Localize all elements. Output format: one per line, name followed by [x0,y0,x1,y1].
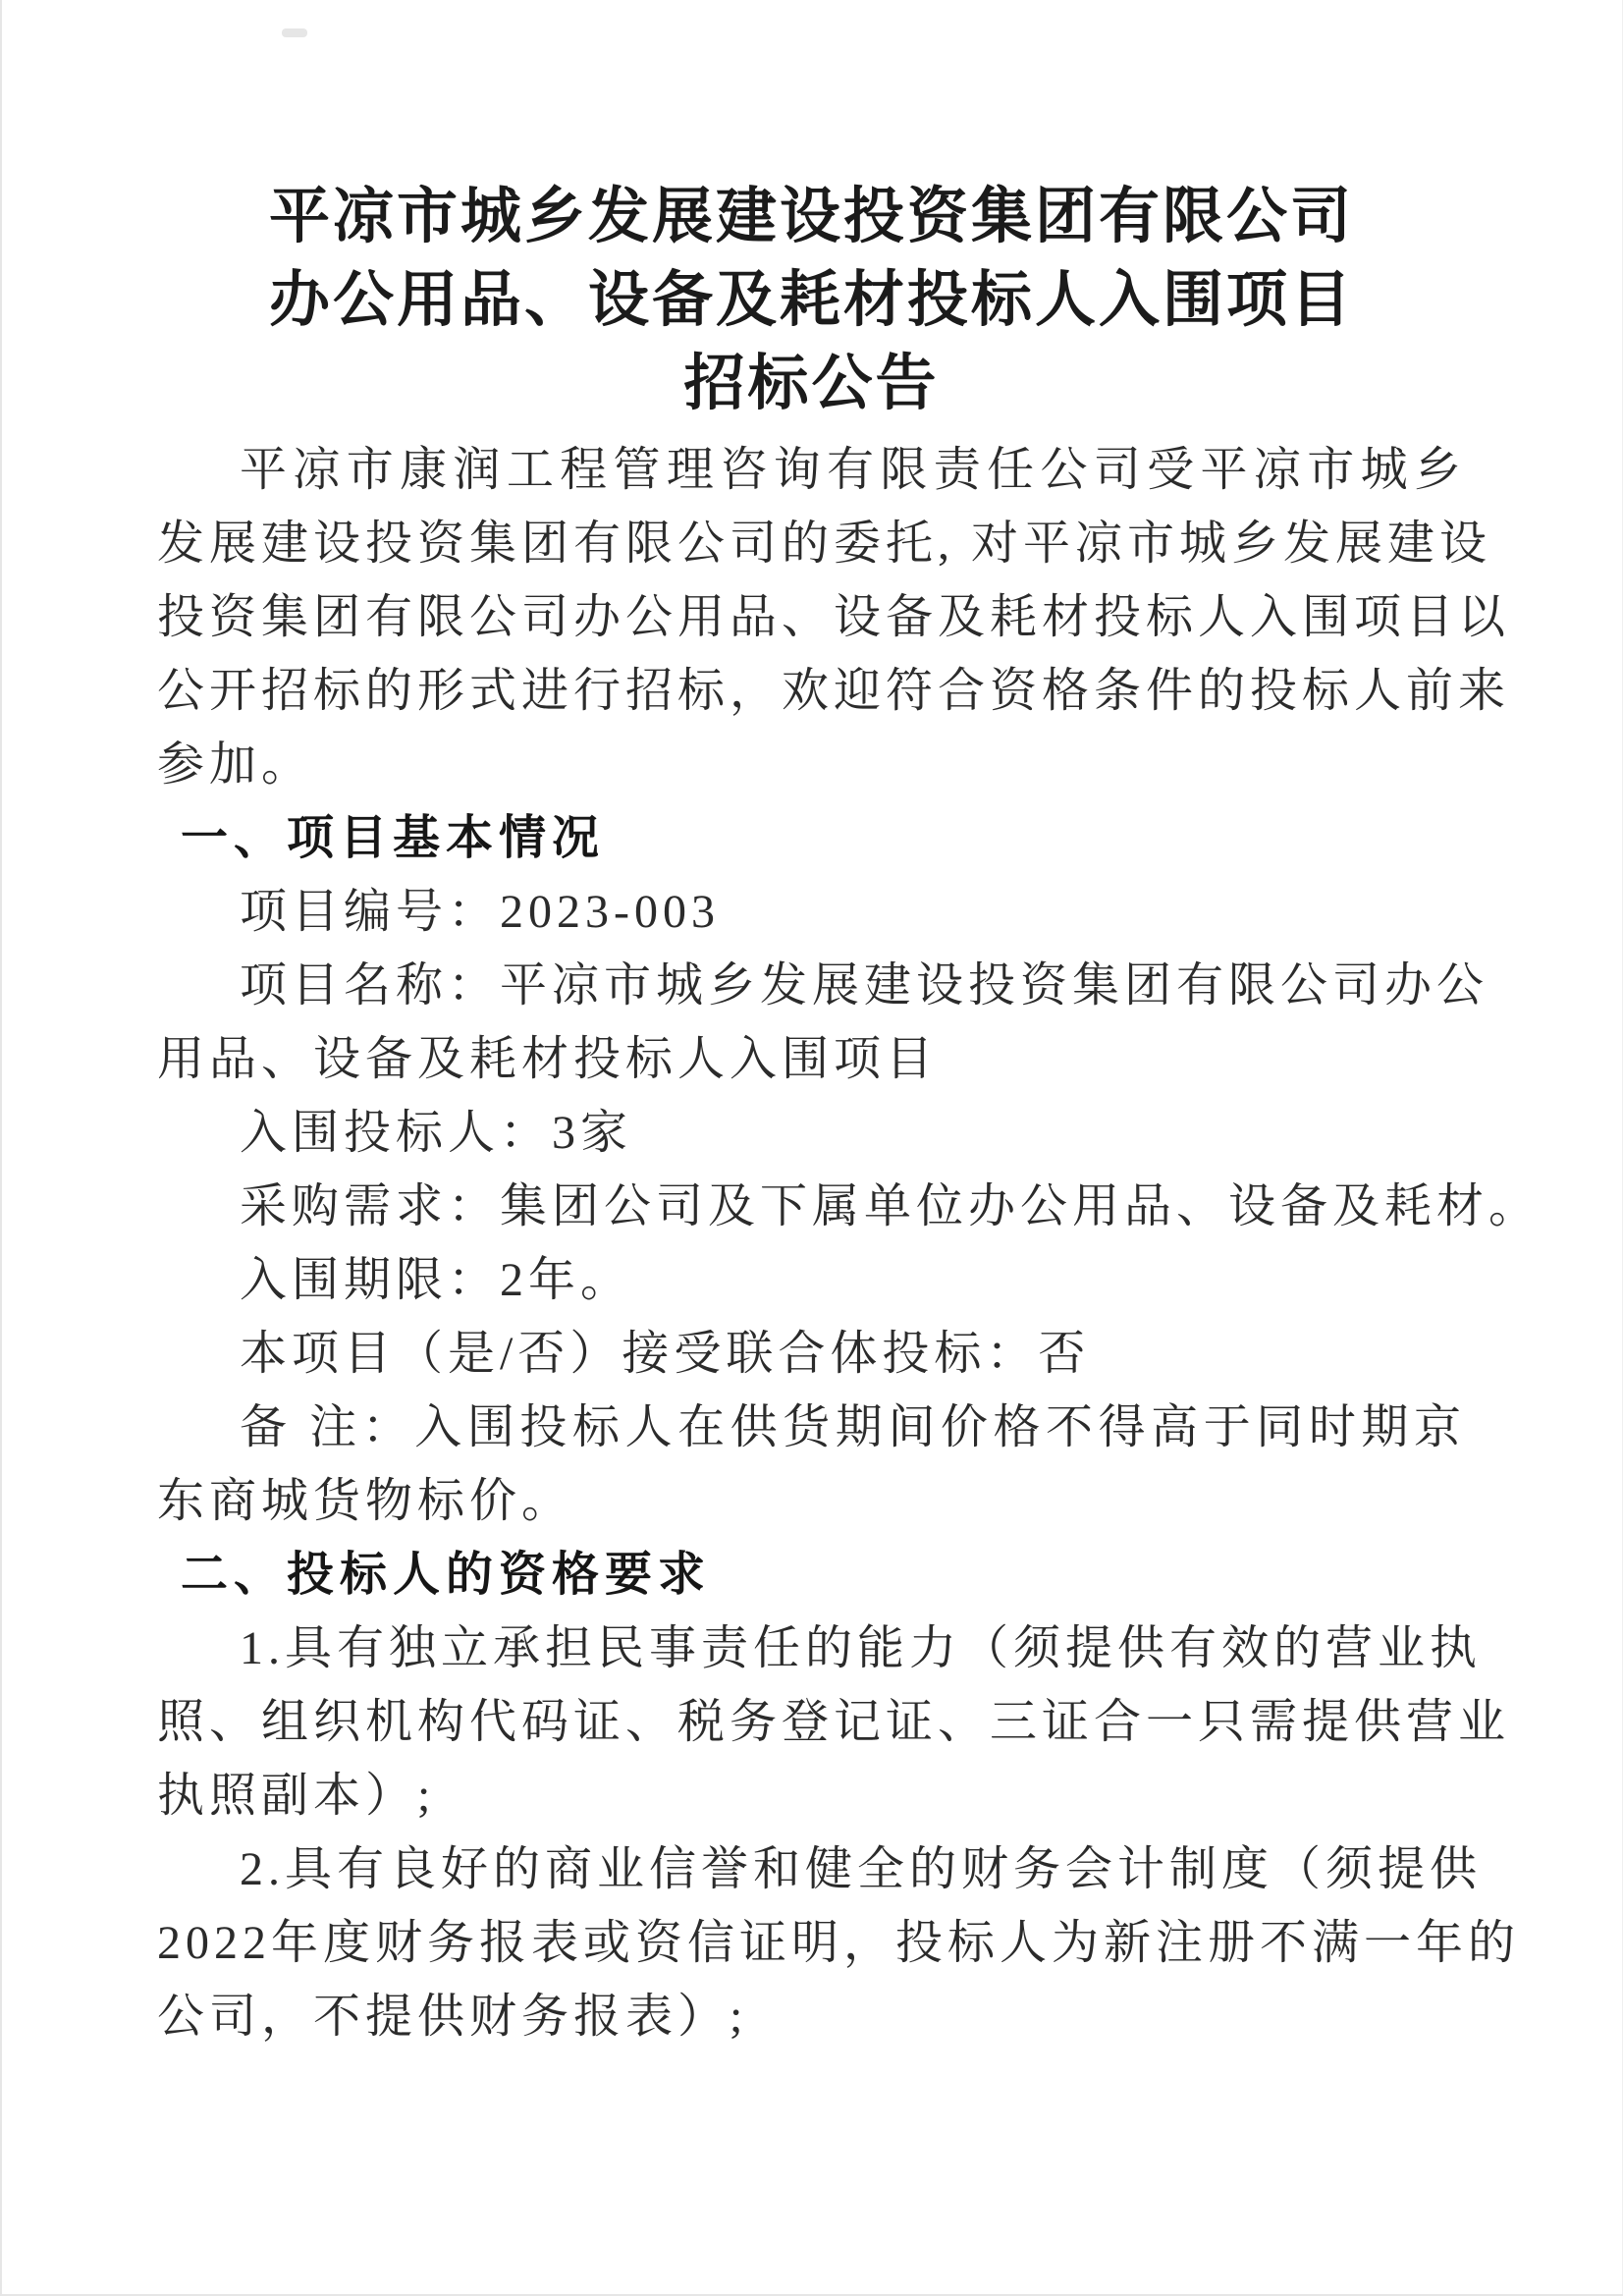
remark-line: 备 注：入围投标人在供货期间价格不得高于同时期京 [157,1391,1466,1464]
consortium-bid-line: 本项目（是/否）接受联合体投标：否 [157,1317,1466,1391]
shortlist-term-line: 入围期限：2年。 [157,1243,1466,1317]
scan-artifact [282,28,307,37]
document-body: 平凉市康润工程管理咨询有限责任公司受平凉市城乡 发展建设投资集团有限公司的委托,… [157,433,1466,2053]
document-page: 平凉市城乡发展建设投资集团有限公司 办公用品、设备及耗材投标人入围项目 招标公告… [0,0,1623,2296]
intro-line: 参加。 [157,728,1466,801]
qualification-line: 公司，不提供财务报表）; [157,1980,1466,2053]
section-heading-1: 一、项目基本情况 [157,801,1466,875]
shortlist-count-line: 入围投标人：3家 [157,1096,1466,1170]
qualification-line: 2022年度财务报表或资信证明，投标人为新注册不满一年的 [157,1906,1466,1980]
title-line: 平凉市城乡发展建设投资集团有限公司 [157,175,1466,258]
qualification-line: 照、组织机构代码证、税务登记证、三证合一只需提供营业 [157,1685,1466,1759]
intro-line: 平凉市康润工程管理咨询有限责任公司受平凉市城乡 [157,433,1466,507]
intro-line: 发展建设投资集团有限公司的委托, 对平凉市城乡发展建设 [157,507,1466,580]
qualification-line: 1.具有独立承担民事责任的能力（须提供有效的营业执 [157,1612,1466,1685]
remark-line: 东商城货物标价。 [157,1464,1466,1538]
intro-line: 投资集团有限公司办公用品、设备及耗材投标人入围项目以 [157,580,1466,654]
qualification-line: 2.具有良好的商业信誉和健全的财务会计制度（须提供 [157,1832,1466,1906]
project-name-line: 用品、设备及耗材投标人入围项目 [157,1022,1466,1096]
section-heading-2: 二、投标人的资格要求 [157,1538,1466,1612]
section-basic-info: 一、项目基本情况 项目编号：2023-003 项目名称：平凉市城乡发展建设投资集… [157,801,1466,1538]
title-line: 招标公告 [157,342,1466,425]
qualification-line: 执照副本）; [157,1759,1466,1832]
intro-paragraph: 平凉市康润工程管理咨询有限责任公司受平凉市城乡 发展建设投资集团有限公司的委托,… [157,433,1466,801]
project-name-line: 项目名称：平凉市城乡发展建设投资集团有限公司办公 [157,949,1466,1022]
section-qualification: 二、投标人的资格要求 1.具有独立承担民事责任的能力（须提供有效的营业执 照、组… [157,1538,1466,2053]
document-title: 平凉市城乡发展建设投资集团有限公司 办公用品、设备及耗材投标人入围项目 招标公告 [157,175,1466,425]
project-number-line: 项目编号：2023-003 [157,875,1466,949]
document-content: 平凉市城乡发展建设投资集团有限公司 办公用品、设备及耗材投标人入围项目 招标公告… [0,0,1623,2053]
title-line: 办公用品、设备及耗材投标人入围项目 [157,258,1466,342]
procurement-demand-line: 采购需求：集团公司及下属单位办公用品、设备及耗材。 [157,1170,1466,1243]
intro-line: 公开招标的形式进行招标，欢迎符合资格条件的投标人前来 [157,654,1466,728]
